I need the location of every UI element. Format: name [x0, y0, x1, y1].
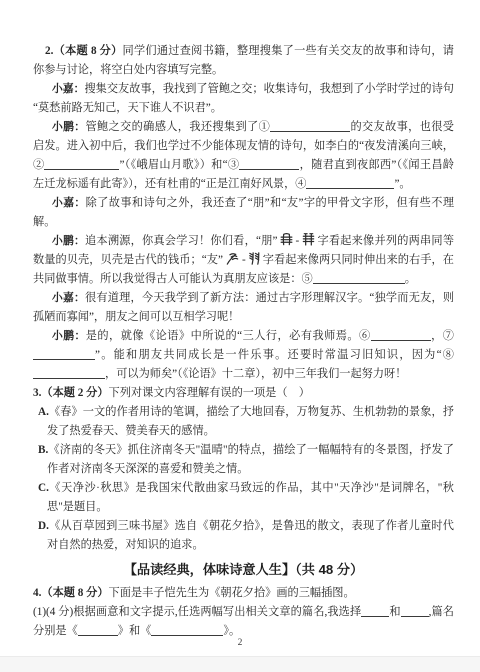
option-b-text: 《济南的冬天》抓住济南冬天"温晴"的特点，描绘了一幅幅特有的冬景图，抒发了作者对… [47, 444, 454, 475]
speaker-name: 小鹏： [52, 235, 85, 247]
dialogue-text: ”（《峨眉山月歌》）和“③ [119, 159, 239, 171]
speaker-name: 小嘉： [52, 292, 85, 304]
fill-in-blank-q4-1 [361, 605, 389, 617]
fill-in-blank-3 [239, 158, 299, 170]
fill-in-blank-6 [371, 329, 431, 341]
fill-in-blank-7 [33, 348, 95, 360]
option-b: B.《济南的冬天》抓住济南冬天"温晴"的特点，描绘了一幅幅特有的冬景图，抒发了作… [38, 441, 454, 479]
dialogue-text: 搜集交友故事，我找到了管鲍之交；收集诗句，我想到了小学时学过的诗句“莫愁前路无知… [33, 83, 454, 114]
dialogue-text: 是的，就像《论语》中所说的“三人行，必有我师焉。⑥ [86, 330, 371, 342]
option-a: A.《春》一文的作者用诗的笔调，描绘了大地回春，万物复苏、生机勃勃的景象，抒发了… [38, 403, 454, 441]
option-c-label: C. [38, 482, 49, 494]
oracle-bone-you-glyph-2-icon [248, 251, 262, 266]
dialogue-text: 追本溯源，你真会学习！你们看，“朋” [85, 235, 277, 247]
oracle-bone-you-glyph-1-icon [224, 251, 240, 266]
page-number: 2 [0, 634, 480, 653]
option-d: D.《从百草园到三味书屋》选自《朝花夕拾》，是鲁迅的散文，表现了作者儿童时代对自… [38, 517, 454, 555]
option-c-text: 《天净沙·秋思》是我国宋代散曲家马致远的作品，其中"天净沙"是词牌名，"秋思"是… [47, 482, 454, 513]
dialogue-text: ”。能和朋友共同成长是一件乐事。还要时常温习旧知识，因为“⑧ [95, 349, 454, 361]
option-a-label: A. [38, 406, 49, 418]
question-4-intro: 下面是丰子恺先生为《朝花夕拾》画的三幅插图。 [109, 587, 355, 599]
dialogue-text: 。 [405, 273, 416, 285]
dialogue-text: 很有道理，今天我学到了新方法：通过古字形理解汉字。“独学而无友，则孤陋而寡闻”，… [33, 292, 454, 323]
speaker-name: 小嘉： [52, 197, 86, 209]
question-4-heading: 4.（本题 8 分）下面是丰子恺先生为《朝花夕拾》画的三幅插图。 [33, 584, 454, 603]
dialogue-xiaopeng-2: 小鹏：追本溯源，你真会学习！你们看，“朋”-字看起来像并列的两串同等数量的贝壳，… [33, 232, 454, 289]
option-d-label: D. [38, 520, 49, 532]
option-b-label: B. [38, 444, 48, 456]
dialogue-xiaojia-3: 小嘉：很有道理，今天我学到了新方法：通过古字形理解汉字。“独学而无友，则孤陋而寡… [33, 289, 454, 327]
question-3-stem: 下列对课文内容理解有误的一项是（ ） [109, 387, 310, 399]
option-d-text: 《从百草园到三味书屋》选自《朝花夕拾》，是鲁迅的散文，表现了作者儿童时代对自然的… [47, 520, 454, 551]
fill-in-blank-2 [44, 158, 119, 170]
sub1-text: (1)(4 分)根据画意和文字提示,任选两幅写出相关文章的篇名,我选择 [33, 606, 361, 618]
question-3-number: 3.（本题 2 分） [33, 387, 109, 399]
glyph-separator: - [242, 254, 246, 266]
speaker-name: 小鹏： [52, 121, 85, 133]
dialogue-xiaopeng-3: 小鹏：是的，就像《论语》中所说的“三人行，必有我师焉。⑥，⑦”。能和朋友共同成长… [33, 327, 454, 384]
fill-in-blank-1 [270, 120, 350, 132]
dialogue-text: ，可以为师矣”（《论语》十二章），初中三年我们一起努力呀！ [105, 368, 406, 380]
oracle-bone-peng-glyph-2-icon [301, 232, 316, 247]
fill-in-blank-4 [306, 177, 394, 189]
page-bottom-edge [0, 656, 480, 672]
dialogue-xiaojia-2: 小嘉：除了故事和诗句之外，我还查了“朋”和“友”字的甲骨文字形，但有些不理解。 [33, 194, 454, 232]
option-a-text: 《春》一文的作者用诗的笔调，描绘了大地回春，万物复苏、生机勃勃的景象，抒发了热爱… [47, 406, 454, 437]
dialogue-text: 管鲍之交的确感人，我还搜集到了① [85, 121, 270, 133]
glyph-separator: - [296, 235, 300, 247]
dialogue-text: ，⑦ [431, 330, 454, 342]
fill-in-blank-5 [313, 272, 405, 284]
dialogue-xiaopeng-1: 小鹏：管鲍之交的确感人，我还搜集到了①的交友故事，也很受启发。进入初中后，我们也… [33, 118, 454, 194]
section-header: 【品读经典，体味诗意人生】（共 48 分） [33, 559, 454, 581]
question-2-heading: 2.（本题 8 分）同学们通过查阅书籍，整理搜集了一些有关交友的故事和诗句，请你… [33, 42, 454, 80]
sub1-text: 和 [389, 606, 400, 618]
speaker-name: 小鹏： [52, 330, 86, 342]
dialogue-xiaojia-1: 小嘉：搜集交友故事，我找到了管鲍之交；收集诗句，我想到了小学时学过的诗句“莫愁前… [33, 80, 454, 118]
question-2-number: 2.（本题 8 分） [45, 45, 123, 57]
exam-page-content: 2.（本题 8 分）同学们通过查阅书籍，整理搜集了一些有关交友的故事和诗句，请你… [33, 42, 454, 641]
fill-in-blank-8 [33, 367, 105, 379]
dialogue-text: ”。 [394, 178, 410, 190]
speaker-name: 小嘉： [52, 83, 84, 95]
option-c: C.《天净沙·秋思》是我国宋代散曲家马致远的作品，其中"天净沙"是词牌名，"秋思… [38, 479, 454, 517]
question-4-number: 4.（本题 8 分） [33, 587, 109, 599]
dialogue-text: 除了故事和诗句之外，我还查了“朋”和“友”字的甲骨文字形，但有些不理解。 [33, 197, 454, 228]
oracle-bone-peng-glyph-1-icon [279, 232, 294, 247]
question-3-heading: 3.（本题 2 分）下列对课文内容理解有误的一项是（ ） [33, 384, 454, 403]
fill-in-blank-q4-2 [401, 605, 429, 617]
